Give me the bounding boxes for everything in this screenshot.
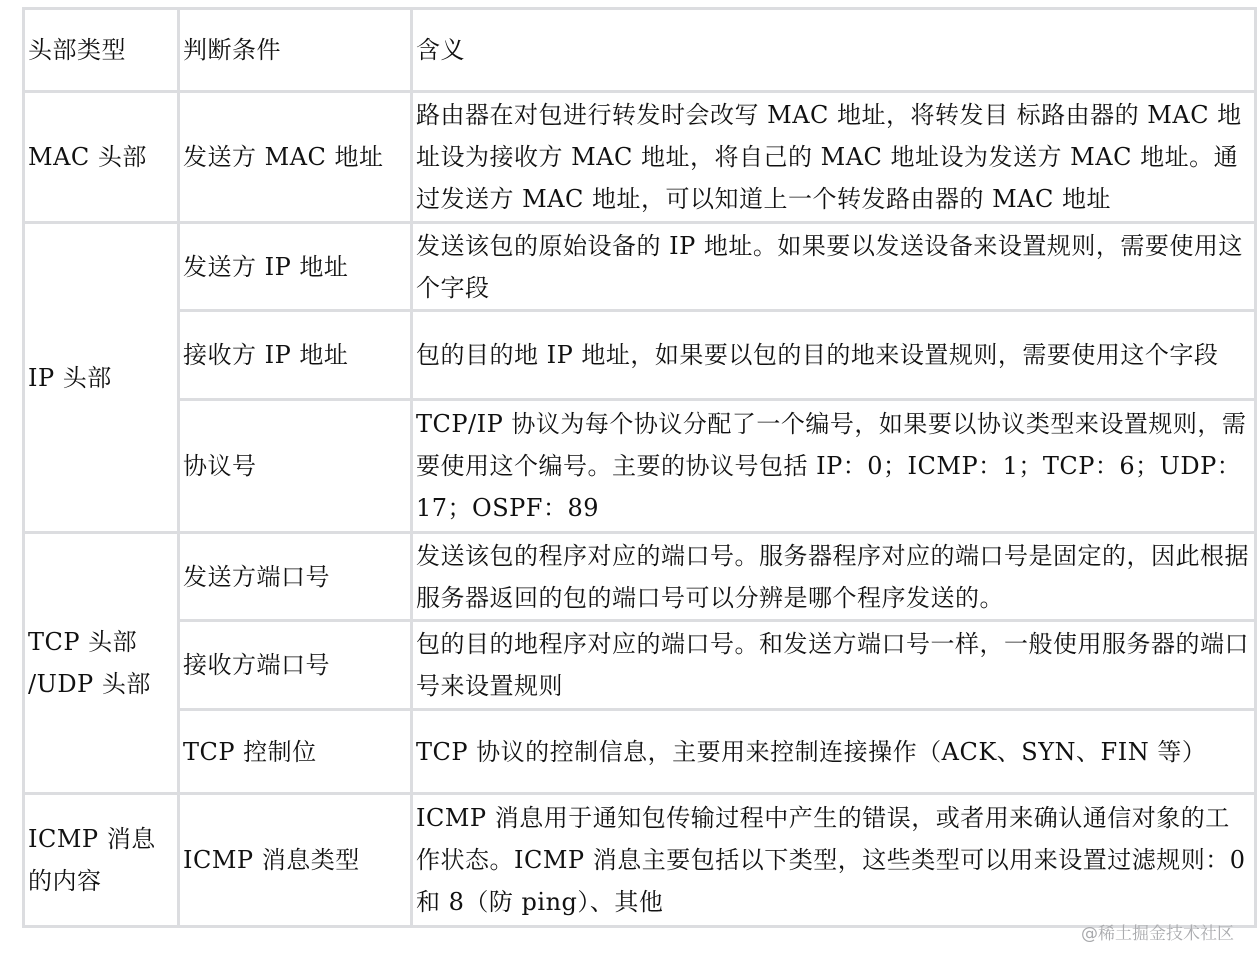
meaning-cell: TCP 协议的控制信息，主要用来控制连接操作（ACK、SYN、FIN 等）: [412, 710, 1256, 794]
table-header-row: 头部类型 判断条件 含义: [24, 9, 1256, 92]
condition-cell: 接收方 IP 地址: [179, 311, 412, 400]
table-row: IP 头部 发送方 IP 地址 发送该包的原始设备的 IP 地址。如果要以发送设…: [24, 223, 1256, 311]
meaning-cell: 路由器在对包进行转发时会改写 MAC 地址，将转发目 标路由器的 MAC 地址设…: [412, 92, 1256, 223]
table-row: MAC 头部 发送方 MAC 地址 路由器在对包进行转发时会改写 MAC 地址，…: [24, 92, 1256, 223]
header-cell-condition: 判断条件: [179, 9, 412, 92]
table-row: 接收方端口号 包的目的地程序对应的端口号。和发送方端口号一样，一般使用服务器的端…: [24, 621, 1256, 710]
meaning-cell: 包的目的地 IP 地址，如果要以包的目的地来设置规则，需要使用这个字段: [412, 311, 1256, 400]
meaning-cell: TCP/IP 协议为每个协议分配了一个编号，如果要以协议类型来设置规则，需要使用…: [412, 400, 1256, 533]
table-row: ICMP 消息的内容 ICMP 消息类型 ICMP 消息用于通知包传输过程中产生…: [24, 794, 1256, 927]
meaning-cell: 发送该包的原始设备的 IP 地址。如果要以发送设备来设置规则，需要使用这个字段: [412, 223, 1256, 311]
condition-cell: 发送方 IP 地址: [179, 223, 412, 311]
meaning-cell: 包的目的地程序对应的端口号。和发送方端口号一样，一般使用服务器的端口号来设置规则: [412, 621, 1256, 710]
header-type-cell: IP 头部: [24, 223, 179, 533]
header-type-cell: TCP 头部 /UDP 头部: [24, 533, 179, 794]
header-cell-meaning: 含义: [412, 9, 1256, 92]
condition-cell: 发送方 MAC 地址: [179, 92, 412, 223]
header-cell-type: 头部类型: [24, 9, 179, 92]
condition-cell: TCP 控制位: [179, 710, 412, 794]
condition-cell: 发送方端口号: [179, 533, 412, 621]
header-type-cell: ICMP 消息的内容: [24, 794, 179, 927]
meaning-cell: 发送该包的程序对应的端口号。服务器程序对应的端口号是固定的，因此根据服务器返回的…: [412, 533, 1256, 621]
condition-cell: ICMP 消息类型: [179, 794, 412, 927]
table-row: TCP 控制位 TCP 协议的控制信息，主要用来控制连接操作（ACK、SYN、F…: [24, 710, 1256, 794]
watermark: @稀土掘金技术社区: [1081, 919, 1234, 944]
condition-cell: 协议号: [179, 400, 412, 533]
header-type-cell: MAC 头部: [24, 92, 179, 223]
meaning-cell: ICMP 消息用于通知包传输过程中产生的错误，或者用来确认通信对象的工作状态。I…: [412, 794, 1256, 927]
table-row: TCP 头部 /UDP 头部 发送方端口号 发送该包的程序对应的端口号。服务器程…: [24, 533, 1256, 621]
condition-cell: 接收方端口号: [179, 621, 412, 710]
table-row: 接收方 IP 地址 包的目的地 IP 地址，如果要以包的目的地来设置规则，需要使…: [24, 311, 1256, 400]
filter-rules-table: 头部类型 判断条件 含义 MAC 头部 发送方 MAC 地址 路由器在对包进行转…: [22, 7, 1257, 928]
table-row: 协议号 TCP/IP 协议为每个协议分配了一个编号，如果要以协议类型来设置规则，…: [24, 400, 1256, 533]
